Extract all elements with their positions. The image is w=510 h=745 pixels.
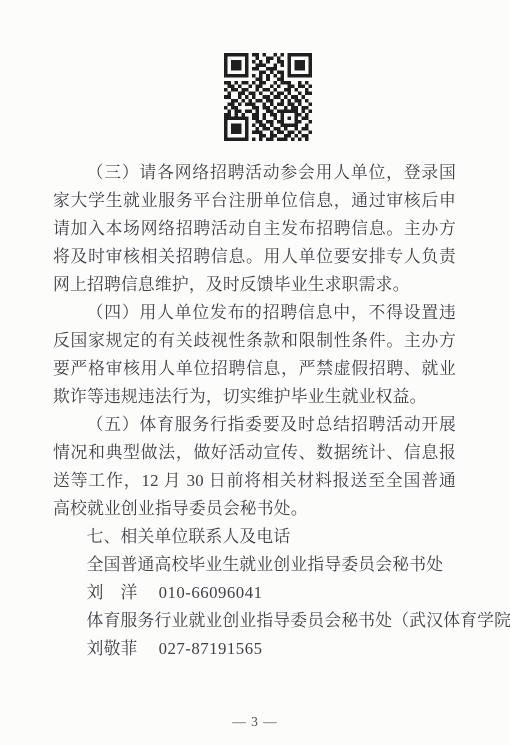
- section-heading-7: 七、相关单位联系人及电话: [53, 523, 456, 551]
- contact-org-sports: 体育服务行业就业创业指导委员会秘书处（武汉体育学院）: [53, 607, 456, 635]
- contact-name: 刘 洋: [87, 579, 159, 607]
- paragraph-3: （三）请各网络招聘活动参会用人单位，登录国家大学生就业服务平台注册单位信息，通过…: [53, 159, 456, 299]
- contact-person-liu-jingfei: 刘敬菲027-87191565: [53, 635, 456, 663]
- paragraph-4: （四）用人单位发布的招聘信息中，不得设置违反国家规定的有关歧视性条款和限制性条件…: [53, 299, 456, 411]
- document-page: （三）请各网络招聘活动参会用人单位，登录国家大学生就业服务平台注册单位信息，通过…: [53, 0, 456, 745]
- contact-name: 刘敬菲: [87, 635, 159, 663]
- contact-phone: 010-66096041: [159, 583, 263, 602]
- contact-person-liu-yang: 刘 洋010-66096041: [53, 579, 456, 607]
- contact-phone: 027-87191565: [159, 639, 263, 658]
- page-number: — 3 —: [0, 714, 510, 730]
- paragraph-5: （五）体育服务行指委要及时总结招聘活动开展情况和典型做法，做好活动宣传、数据统计…: [53, 411, 456, 523]
- contact-org-national: 全国普通高校毕业生就业创业指导委员会秘书处: [53, 551, 456, 579]
- document-body: （三）请各网络招聘活动参会用人单位，登录国家大学生就业服务平台注册单位信息，通过…: [53, 159, 456, 663]
- qr-code: [224, 53, 312, 141]
